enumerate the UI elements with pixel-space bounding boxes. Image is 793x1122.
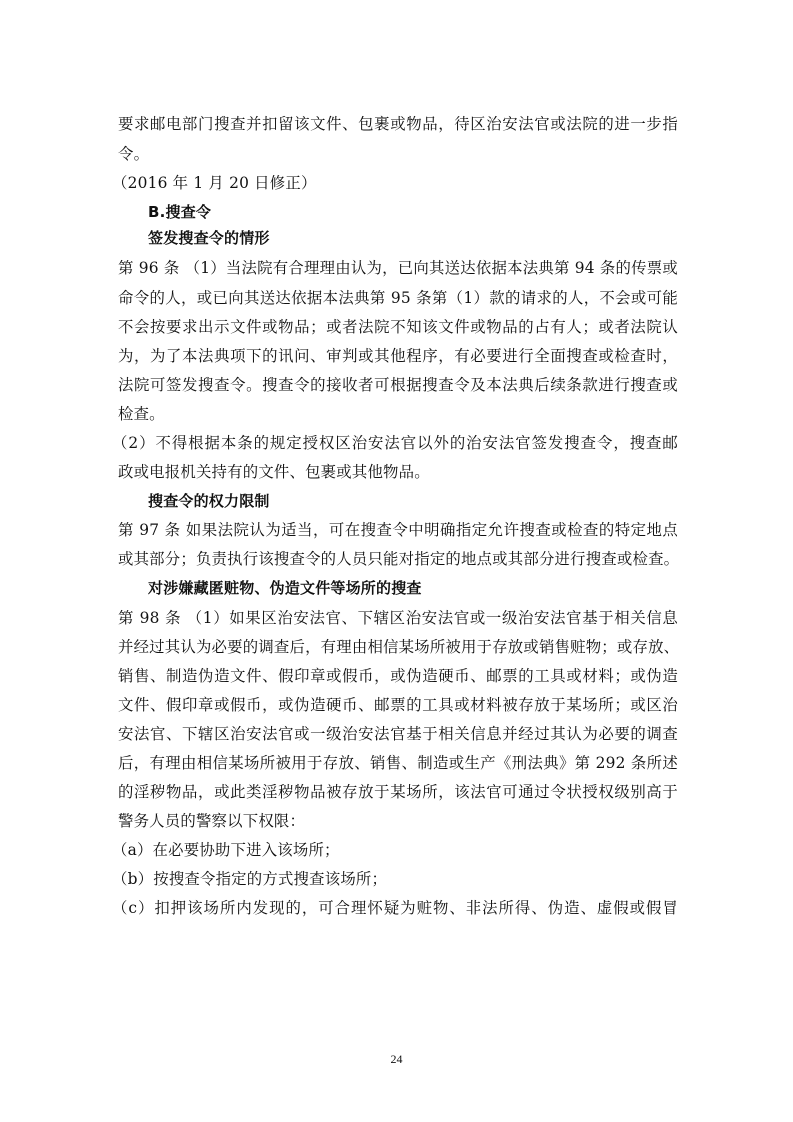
subsection-heading: 签发搜查令的情形 <box>148 228 708 248</box>
paragraph-line: （2）不得根据本条的规定授权区治安法官以外的治安法官签发搜查令，搜查邮 <box>112 433 678 453</box>
paragraph-line: 或其部分；负责执行该搜查令的人员只能对指定的地点或其部分进行搜查或检查。 <box>118 549 678 569</box>
list-item: （a）在必要协助下进入该场所； <box>112 840 672 860</box>
subsection-heading: 搜查令的权力限制 <box>148 491 708 511</box>
paragraph-line: 命令的人，或已向其送达依据本法典第 95 条第（1）款的请求的人，不会或可能 <box>118 288 678 308</box>
paragraph-line: 政或电报机关持有的文件、包裹或其他物品。 <box>118 462 678 482</box>
paragraph-line: 为，为了本法典项下的讯问、审判或其他程序，有必要进行全面搜查或检查时， <box>118 346 678 366</box>
paragraph-line: 第 98 条 （1）如果区治安法官、下辖区治安法官或一级治安法官基于相关信息 <box>118 608 678 628</box>
paragraph-line: 第 97 条 如果法院认为适当，可在搜查令中明确指定允许搜查或检查的特定地点 <box>118 520 678 540</box>
list-item: （c）扣押该场所内发现的，可合理怀疑为赃物、非法所得、伪造、虚假或假冒 <box>112 898 678 918</box>
paragraph-line: 警务人员的警察以下权限： <box>118 811 678 831</box>
paragraph-line: 检查。 <box>118 404 678 424</box>
paragraph-line: 安法官、下辖区治安法官或一级治安法官基于相关信息并经过其认为必要的调查 <box>118 724 678 744</box>
page-number: 24 <box>0 1052 793 1067</box>
paragraph-line: 不会按要求出示文件或物品；或者法院不知该文件或物品的占有人；或者法院认 <box>118 317 678 337</box>
subsection-heading: 对涉嫌藏匿赃物、伪造文件等场所的搜查 <box>148 578 708 598</box>
document-page: 要求邮电部门搜查并扣留该文件、包裹或物品，待区治安法官或法院的进一步指 令。 （… <box>0 0 793 1122</box>
paragraph-line: 第 96 条 （1）当法院有合理理由认为，已向其送达依据本法典第 94 条的传票… <box>118 258 678 278</box>
paragraph-line: 销售、制造伪造文件、假印章或假币，或伪造硬币、邮票的工具或材料；或伪造 <box>118 666 678 686</box>
paragraph-line: 的淫秽物品，或此类淫秽物品被存放于某场所，该法官可通过令状授权级别高于 <box>118 782 678 802</box>
amendment-note: （2016 年 1 月 20 日修正） <box>112 173 672 193</box>
list-item: （b）按搜查令指定的方式搜查该场所； <box>112 869 672 889</box>
paragraph-line: 后，有理由相信某场所被用于存放、销售、制造或生产《刑法典》第 292 条所述 <box>118 753 678 773</box>
paragraph-line: 令。 <box>118 144 678 164</box>
paragraph-line: 并经过其认为必要的调查后，有理由相信某场所被用于存放或销售赃物；或存放、 <box>118 637 678 657</box>
section-heading: B.搜查令 <box>148 202 708 222</box>
paragraph-line: 法院可签发搜查令。搜查令的接收者可根据搜查令及本法典后续条款进行搜查或 <box>118 375 678 395</box>
paragraph-line: 文件、假印章或假币，或伪造硬币、邮票的工具或材料被存放于某场所；或区治 <box>118 695 678 715</box>
paragraph-line: 要求邮电部门搜查并扣留该文件、包裹或物品，待区治安法官或法院的进一步指 <box>118 114 678 134</box>
